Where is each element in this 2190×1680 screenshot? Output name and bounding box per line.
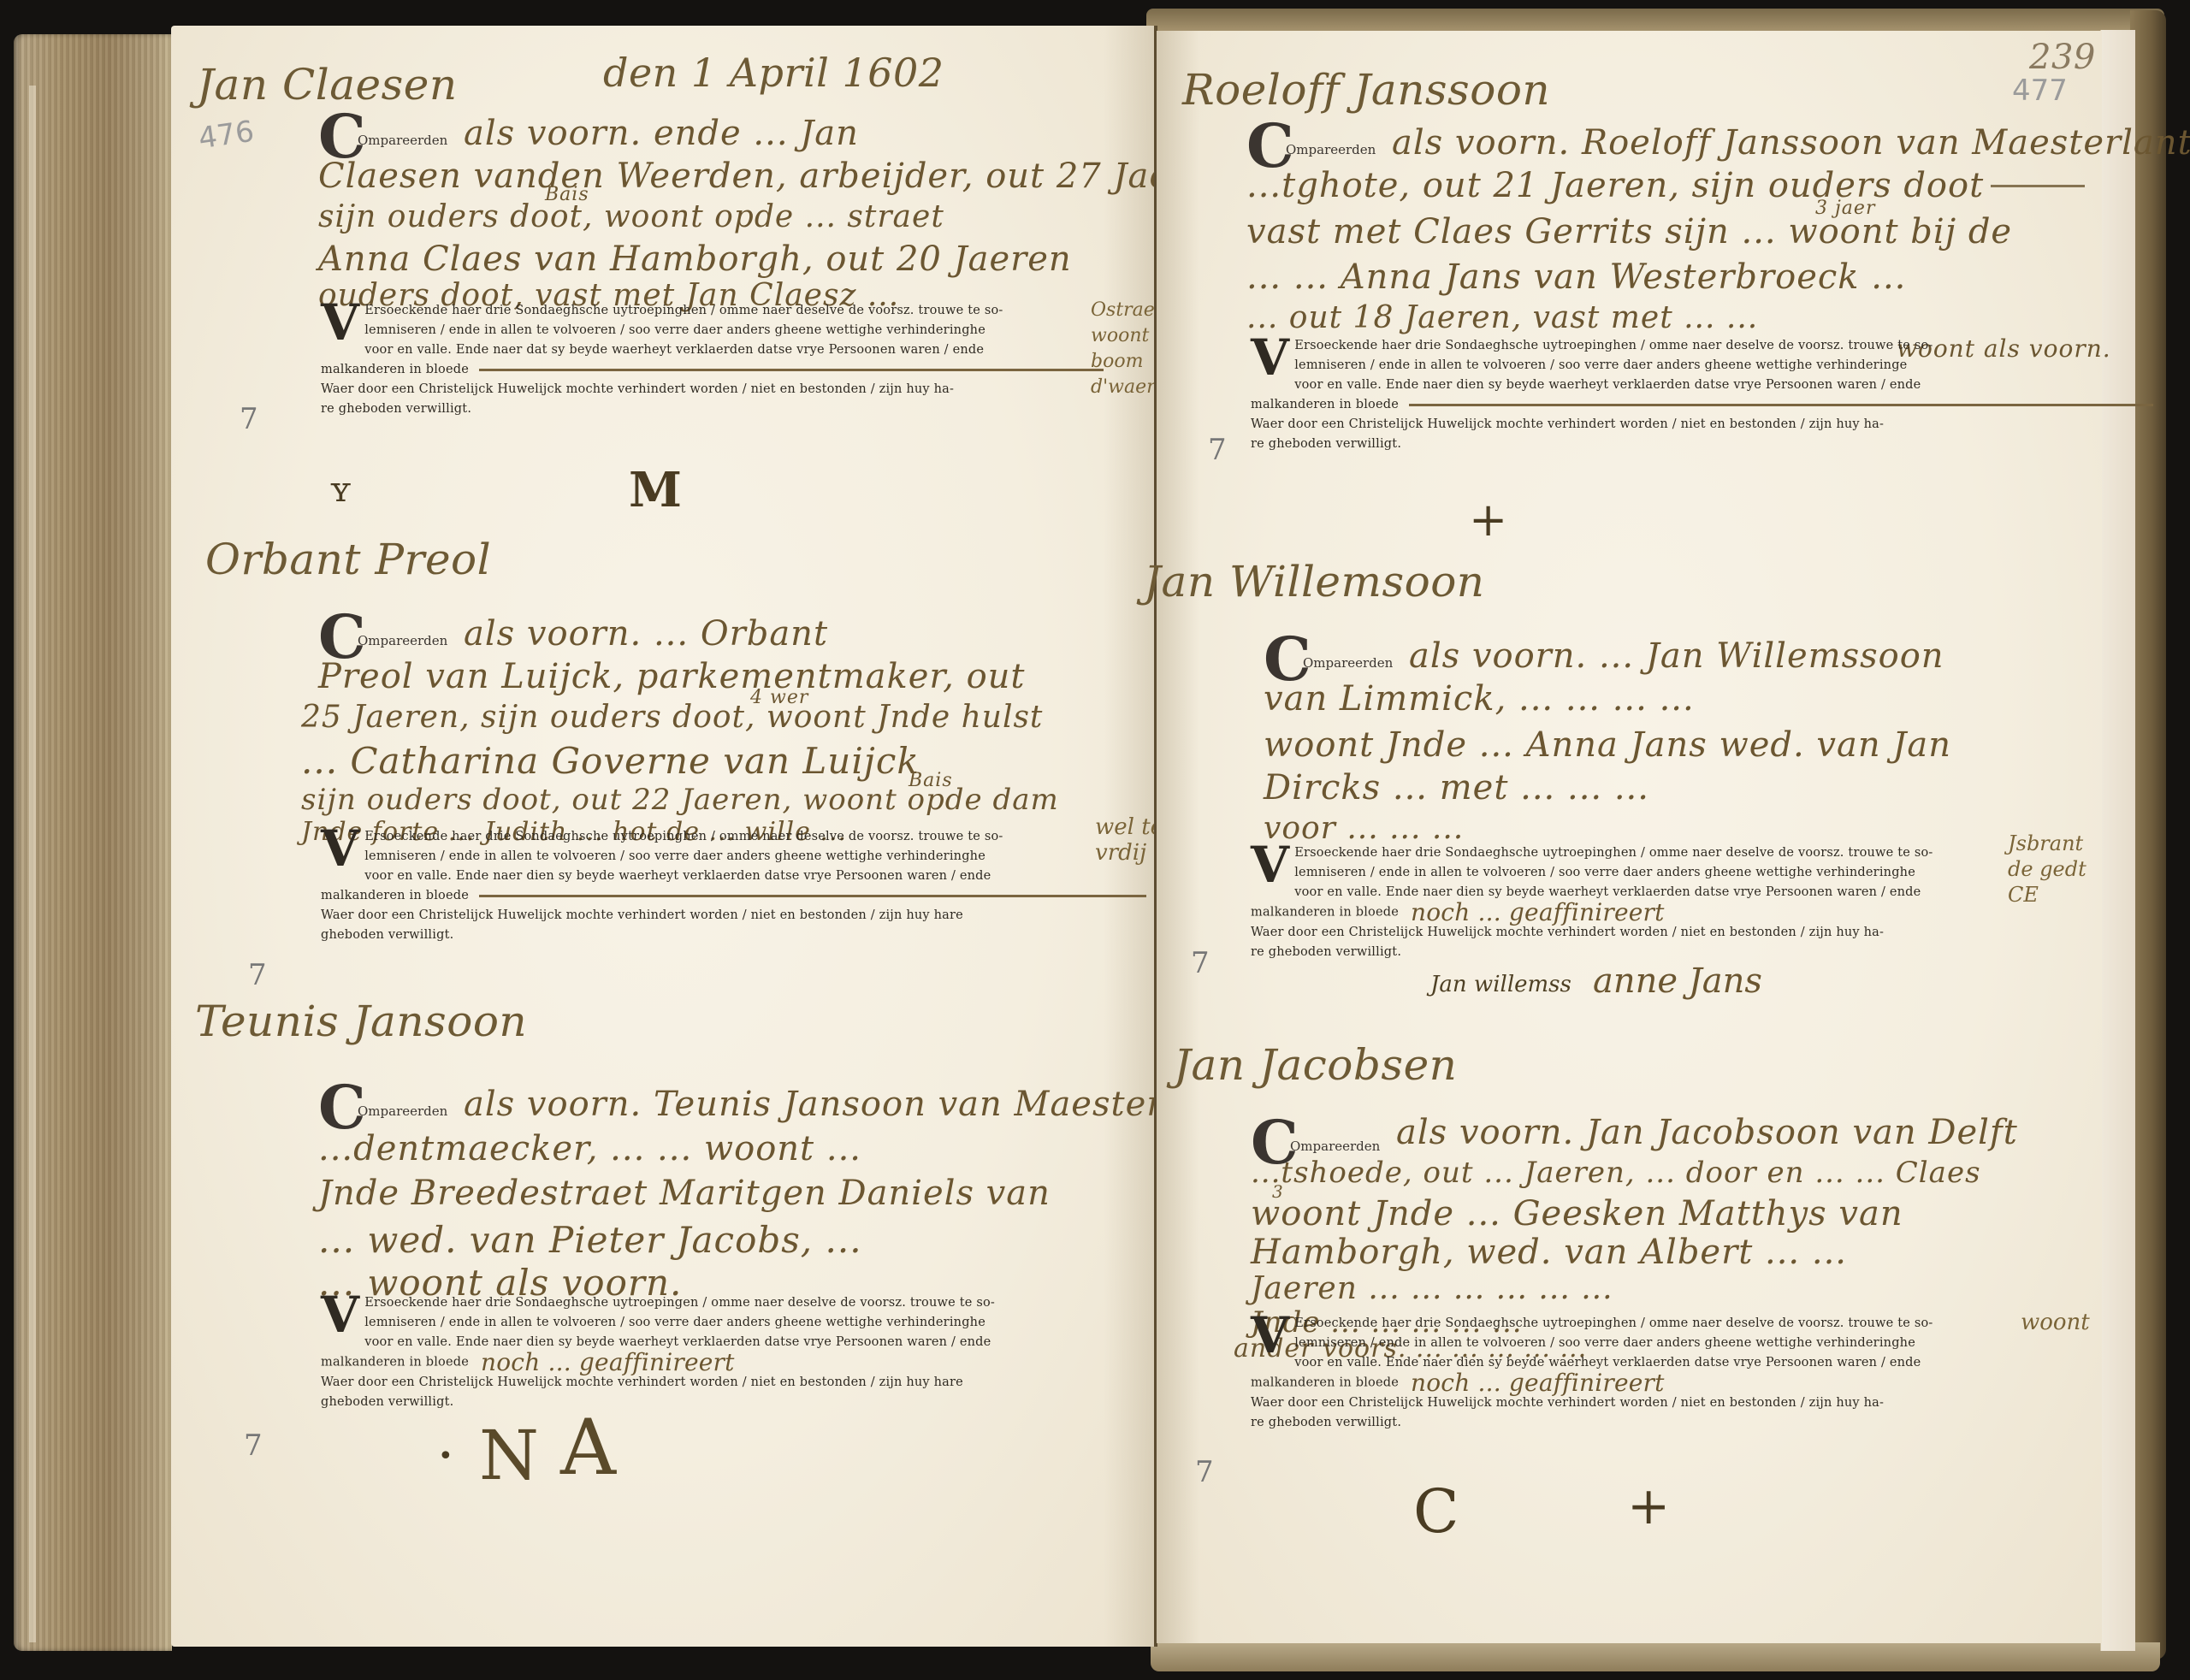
entry-margin-name: Teunis Jansoon bbox=[195, 997, 527, 1046]
printed-line: lemniseren / ende in allen te volvoeren … bbox=[1251, 356, 2098, 376]
margin-mark: 7 bbox=[244, 1429, 263, 1463]
signature-mark: C bbox=[1413, 1476, 1459, 1547]
printed-line: Waer door een Christelijck Huwelijck moc… bbox=[1251, 923, 2098, 943]
entry-line: als voorn. ende ... Jan bbox=[464, 114, 859, 153]
cover-board-top bbox=[1146, 9, 2164, 33]
comparuit-label: Ompareerden bbox=[1290, 1139, 1380, 1154]
signature-mark: M bbox=[629, 462, 682, 518]
date-heading: den 1 April 1602 bbox=[603, 50, 944, 96]
margin-mark: 7 bbox=[1191, 946, 1210, 980]
printed-line: voor en valle. Ende naer dien sy beyde w… bbox=[1251, 1353, 2098, 1373]
entry-line: woont Jnde ... Anna Jans wed. van Jan bbox=[1264, 725, 1951, 765]
blank-rule bbox=[479, 369, 1104, 371]
entry-line: ... wed. van Pieter Jacobs, ... bbox=[318, 1219, 862, 1261]
interlinear-insert: Bais bbox=[545, 184, 589, 205]
printed-line: malkanderen in bloede bbox=[1251, 906, 1399, 920]
drop-cap-v: V bbox=[321, 1295, 359, 1334]
margin-mark: 7 bbox=[1208, 433, 1227, 467]
printed-line: Ersoeckende haer drie Sondaeghsche uytro… bbox=[321, 301, 1142, 321]
printed-line: malkanderen in bloede bbox=[1251, 1376, 1399, 1390]
printed-formula: V Ersoeckende haer drie Sondaeghsche uyt… bbox=[321, 1293, 1142, 1412]
entry-line: van Limmick, ... ... ... ... bbox=[1264, 679, 1695, 719]
printed-line: voor en valle. Ende naer dat sy beyde wa… bbox=[321, 340, 1142, 360]
entry-line: ... Catharina Governe van Luijck bbox=[301, 740, 920, 782]
marriage-entry: C Ompareerden als voorn. ende ... Jan Cl… bbox=[318, 107, 1139, 321]
signature-groom: Jan willemss bbox=[1430, 972, 1571, 997]
printed-line: lemniseren / ende in allen te volvoeren … bbox=[1251, 1334, 2098, 1353]
comparuit-label: Ompareerden bbox=[1303, 655, 1393, 671]
printed-line: re gheboden verwilligt. bbox=[1251, 435, 2098, 454]
drop-cap-v: V bbox=[1251, 845, 1289, 884]
entry-margin-name: Orbant Preol bbox=[205, 535, 491, 584]
printed-line: voor en valle. Ende naer dien sy beyde w… bbox=[321, 867, 1142, 886]
entry-line: Jaeren ... ... ... ... ... ... bbox=[1251, 1271, 1613, 1306]
printed-line: lemniseren / ende in allen te volvoeren … bbox=[321, 321, 1142, 340]
signature-mark: + bbox=[1627, 1476, 1670, 1536]
printed-line: malkanderen in bloede bbox=[321, 363, 469, 376]
printed-line: gheboden verwilligt. bbox=[321, 1393, 1142, 1412]
printed-line: re gheboden verwilligt. bbox=[1251, 943, 2098, 962]
margin-mark: 7 bbox=[1195, 1455, 1214, 1489]
entry-line: sijn ouders doot, out 22 Jaeren, woont o… bbox=[301, 783, 1059, 817]
entry-margin-name: Jan Willemsoon bbox=[1144, 557, 1485, 606]
entry-line: ...tshoede, out ... Jaeren, ... door en … bbox=[1251, 1156, 1981, 1190]
comparuit-label: Ompareerden bbox=[358, 633, 447, 648]
entry-line: Hamborgh, wed. van Albert ... ... bbox=[1251, 1233, 1847, 1272]
entry-line: Jnde Breedestraet Maritgen Daniels van bbox=[318, 1174, 1051, 1213]
printed-line: lemniseren / ende in allen te volvoeren … bbox=[321, 847, 1142, 867]
printed-line: Waer door een Christelijck Huwelijck moc… bbox=[321, 1373, 1142, 1393]
printed-line: Ersoeckende haer drie Sondaeghsche uytro… bbox=[1251, 336, 2098, 356]
margin-note: Jsbrant de gedt CE bbox=[2008, 831, 2086, 908]
marriage-entry: C Ompareerden als voorn. ... Orbant Preo… bbox=[318, 607, 1139, 838]
marriage-entry: C Ompareerden als voorn. ... Jan Willems… bbox=[1264, 630, 2093, 852]
printed-line: lemniseren / ende in allen te volvoeren … bbox=[321, 1313, 1142, 1333]
signature-mark: + bbox=[1469, 493, 1507, 547]
printed-line: Ersoeckende haer drie Sondaeghsche uytro… bbox=[321, 827, 1142, 847]
drop-cap-v: V bbox=[321, 303, 359, 342]
cover-board-right bbox=[2130, 10, 2166, 1659]
entry-line: ... out 18 Jaeren, vast met ... ... bbox=[1246, 300, 1758, 335]
entry-line: 25 Jaeren, sijn ouders doot, woont Jnde … bbox=[301, 700, 1043, 735]
entry-line: ...dentmaecker, ... ... woont ... bbox=[318, 1129, 861, 1168]
printed-formula: V Ersoeckende haer drie Sondaeghsche uyt… bbox=[1251, 843, 2098, 962]
entry-line: vast met Claes Gerrits sijn ... woont bi… bbox=[1246, 212, 2012, 251]
printed-line: voor en valle. Ende naer dien sy beyde w… bbox=[1251, 883, 2098, 902]
entry-line: als voorn. ... Orbant bbox=[464, 614, 828, 654]
printed-line: Waer door een Christelijck Huwelijck moc… bbox=[321, 380, 1142, 399]
printed-line: gheboden verwilligt. bbox=[321, 926, 1142, 945]
printed-formula: V Ersoeckende haer drie Sondaeghsche uyt… bbox=[321, 827, 1142, 945]
blank-rule bbox=[1409, 404, 2153, 406]
signature-mark: • bbox=[438, 1441, 453, 1471]
signature-mark: N bbox=[479, 1416, 539, 1495]
printed-line: Ersoeckende haer drie Sondaeghsche uytro… bbox=[321, 1293, 1142, 1313]
printed-line: Waer door een Christelijck Huwelijck moc… bbox=[1251, 415, 2098, 435]
entry-line: Preol van Luijck, parkementmaker, out bbox=[318, 657, 1026, 696]
entry-line: Anna Claes van Hamborgh, out 20 Jaeren bbox=[318, 240, 1072, 279]
printed-line: lemniseren / ende in allen te volvoeren … bbox=[1251, 863, 2098, 883]
entry-line: ... ... Anna Jans van Westerbroeck ... bbox=[1246, 257, 1906, 297]
entry-margin-name: Jan Jacobsen bbox=[1174, 1040, 1457, 1090]
pencil-page-number: 477 bbox=[2012, 74, 2068, 108]
entry-line: Dircks ... met ... ... ... bbox=[1264, 768, 1649, 807]
open-register-book: 476 den 1 April 1602 Jan Claesen C Ompar… bbox=[0, 0, 2190, 1680]
marriage-entry: C Ompareerden als voorn. Teunis Jansoon … bbox=[318, 1078, 1139, 1283]
comparuit-label: Ompareerden bbox=[358, 1103, 447, 1119]
printed-line: malkanderen in bloede bbox=[321, 1356, 469, 1369]
printed-line: re gheboden verwilligt. bbox=[321, 399, 1142, 419]
printed-line: Waer door een Christelijck Huwelijck moc… bbox=[321, 906, 1142, 926]
printed-line: malkanderen in bloede bbox=[1251, 398, 1399, 411]
marriage-entry: C Ompareerden als voorn. Jan Jacobsoon v… bbox=[1251, 1113, 2098, 1335]
entry-line: voor ... ... ... bbox=[1264, 811, 1464, 846]
flyleaf-edge bbox=[2100, 30, 2135, 1651]
signature-mark: A bbox=[560, 1403, 616, 1493]
margin-mark: 7 bbox=[248, 958, 267, 992]
printed-line: Ersoeckende haer drie Sondaeghsche uytro… bbox=[1251, 843, 2098, 863]
signature-mark: ʏ bbox=[329, 470, 352, 510]
printed-line: voor en valle. Ende naer dien sy beyde w… bbox=[1251, 376, 2098, 395]
comparuit-label: Ompareerden bbox=[358, 133, 447, 148]
blank-rule bbox=[479, 895, 1146, 897]
margin-mark: 7 bbox=[240, 402, 258, 436]
marriage-entry: C Ompareerden als voorn. Roeloff Janssoo… bbox=[1246, 116, 2093, 339]
entry-line: sijn ouders doot, woont opde ... straet bbox=[318, 199, 944, 234]
printed-formula: V Ersoeckende haer drie Sondaeghsche uyt… bbox=[321, 301, 1142, 419]
entry-line: als voorn. Roeloff Janssoon van Maesterl… bbox=[1392, 123, 2190, 163]
page-block-fore-edge bbox=[14, 34, 172, 1651]
strikethrough bbox=[1991, 185, 2085, 187]
printed-formula: V Ersoeckende haer drie Sondaeghsche uyt… bbox=[1251, 1314, 2098, 1433]
cover-board-bottom bbox=[1151, 1642, 2160, 1671]
printed-line: malkanderen in bloede bbox=[321, 889, 469, 902]
entry-line: woont Jnde ... Geesken Matthys van bbox=[1251, 1194, 1903, 1233]
entry-line: als voorn. ... Jan Willemssoon bbox=[1409, 636, 1944, 676]
entry-line: als voorn. Jan Jacobsoon van Delft bbox=[1396, 1113, 2018, 1152]
entry-line: als voorn. Teunis Jansoon van Maesterlan… bbox=[464, 1085, 1234, 1124]
entry-margin-name: Roeloff Janssoon bbox=[1182, 65, 1550, 115]
printed-formula: V Ersoeckende haer drie Sondaeghsche uyt… bbox=[1251, 336, 2098, 454]
printed-line: Ersoeckende haer drie Sondaeghsche uytro… bbox=[1251, 1314, 2098, 1334]
drop-cap-v: V bbox=[321, 829, 359, 868]
printed-line: re gheboden verwilligt. bbox=[1251, 1413, 2098, 1433]
margin-note: woont bbox=[2021, 1310, 2090, 1335]
drop-cap-v: V bbox=[1251, 338, 1289, 377]
printed-line: Waer door een Christelijck Huwelijck moc… bbox=[1251, 1393, 2098, 1413]
left-page: 476 den 1 April 1602 Jan Claesen C Ompar… bbox=[171, 26, 1155, 1647]
pencil-page-number: 476 bbox=[197, 115, 257, 157]
comparuit-label: Ompareerden bbox=[1286, 142, 1376, 157]
entry-line: Claesen vanden Weerden, arbeijder, out 2… bbox=[318, 157, 1232, 196]
signature-bride: anne Jans bbox=[1593, 961, 1762, 1001]
right-page: 239 477 Roeloff Janssoon C Ompareerden a… bbox=[1157, 31, 2102, 1643]
drop-cap-v: V bbox=[1251, 1316, 1289, 1355]
folio-number: 239 bbox=[2029, 38, 2096, 77]
